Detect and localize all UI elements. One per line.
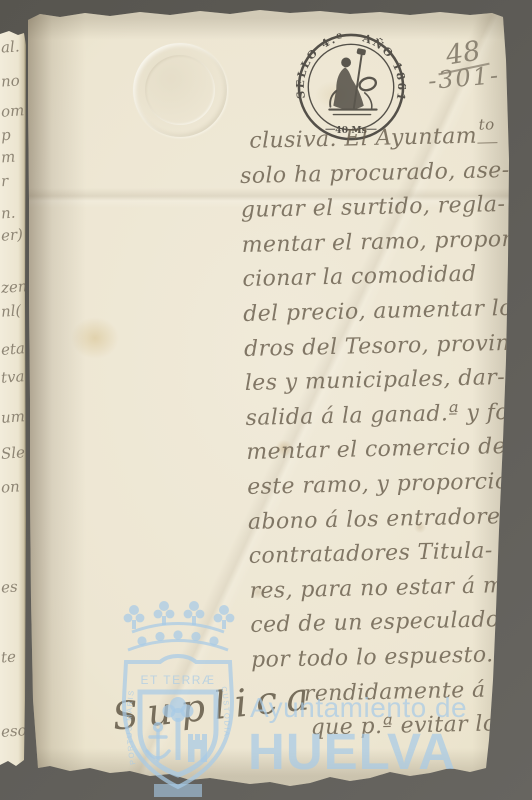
manuscript-line: cionar la comodidad: [242, 257, 503, 297]
prev-page-text-fragment: p: [0, 126, 11, 145]
prev-page-text-fragment: Sle: [0, 443, 25, 463]
previous-page-edge: al. no om p m r n. er) zen nl( eta tva u…: [0, 0, 26, 800]
prev-page-text-fragment: n.: [0, 204, 16, 223]
manuscript-line: este ramo, y proporcionar: [247, 465, 508, 505]
prev-page-text-fragment: nl(: [0, 301, 22, 320]
manuscript-line: les y municipales, dar-: [244, 361, 505, 401]
prev-page-text-fragment: on: [0, 477, 20, 496]
prev-page-text-fragment: zen: [0, 277, 28, 297]
manuscript-line: ced de un especulador.: [250, 603, 511, 643]
manuscript-line: abono á los entradores: [248, 500, 509, 540]
manuscript-page: SELLO 4.º AÑO 1861. 40 Ms 48: [0, 0, 532, 800]
prev-page-text-fragment: al.: [0, 37, 20, 56]
embossed-seal-inner-ring: [145, 55, 215, 125]
superscript-abbreviation: to: [476, 107, 497, 143]
manuscript-line: del precio, aumentar los: [243, 292, 504, 332]
prev-page-text-fragment: r: [0, 172, 8, 190]
prev-page-text-fragment: um: [0, 407, 25, 427]
prev-page-text-fragment: tva: [0, 367, 25, 387]
manuscript-line: contratadores Titula-: [248, 534, 509, 574]
prev-page-text-fragment: te: [0, 648, 16, 667]
manuscript-line: gurar el surtido, regla-: [241, 188, 502, 228]
manuscript-line: mentar el comercio de: [246, 430, 507, 470]
prev-page-text-fragment: no: [0, 71, 20, 90]
prev-page-text-fragment: m: [0, 148, 15, 167]
manuscript-line: dros del Tesoro, provincia-: [244, 327, 505, 367]
archival-photo: al. no om p m r n. er) zen nl( eta tva u…: [0, 0, 532, 800]
manuscript-text-block: clusiva. El Ayuntamto solo ha procurado,…: [239, 119, 513, 747]
prev-page-text-fragment: om: [0, 101, 24, 121]
prev-page-text-fragment: er): [0, 225, 23, 244]
page-number: -301-: [427, 61, 501, 95]
manuscript-line: salida á la ganad.ª y fo-: [245, 396, 506, 436]
prev-page-text-fragment: eta: [0, 339, 25, 359]
embossed-seal: [133, 43, 227, 137]
manuscript-line: res, para no estar á mer-: [249, 569, 510, 609]
prev-page-text-fragment: eso: [0, 721, 27, 741]
manuscript-line: solo ha procurado, ase-: [240, 154, 501, 194]
seated-figure-icon: [329, 48, 377, 115]
manuscript-line: clusiva. El Ayuntamto: [239, 119, 500, 159]
manuscript-line: por todo lo espuesto.: [251, 638, 512, 678]
manuscript-line: mentar el ramo, propor-: [241, 223, 502, 263]
prev-page-text-fragment: es: [0, 577, 18, 596]
